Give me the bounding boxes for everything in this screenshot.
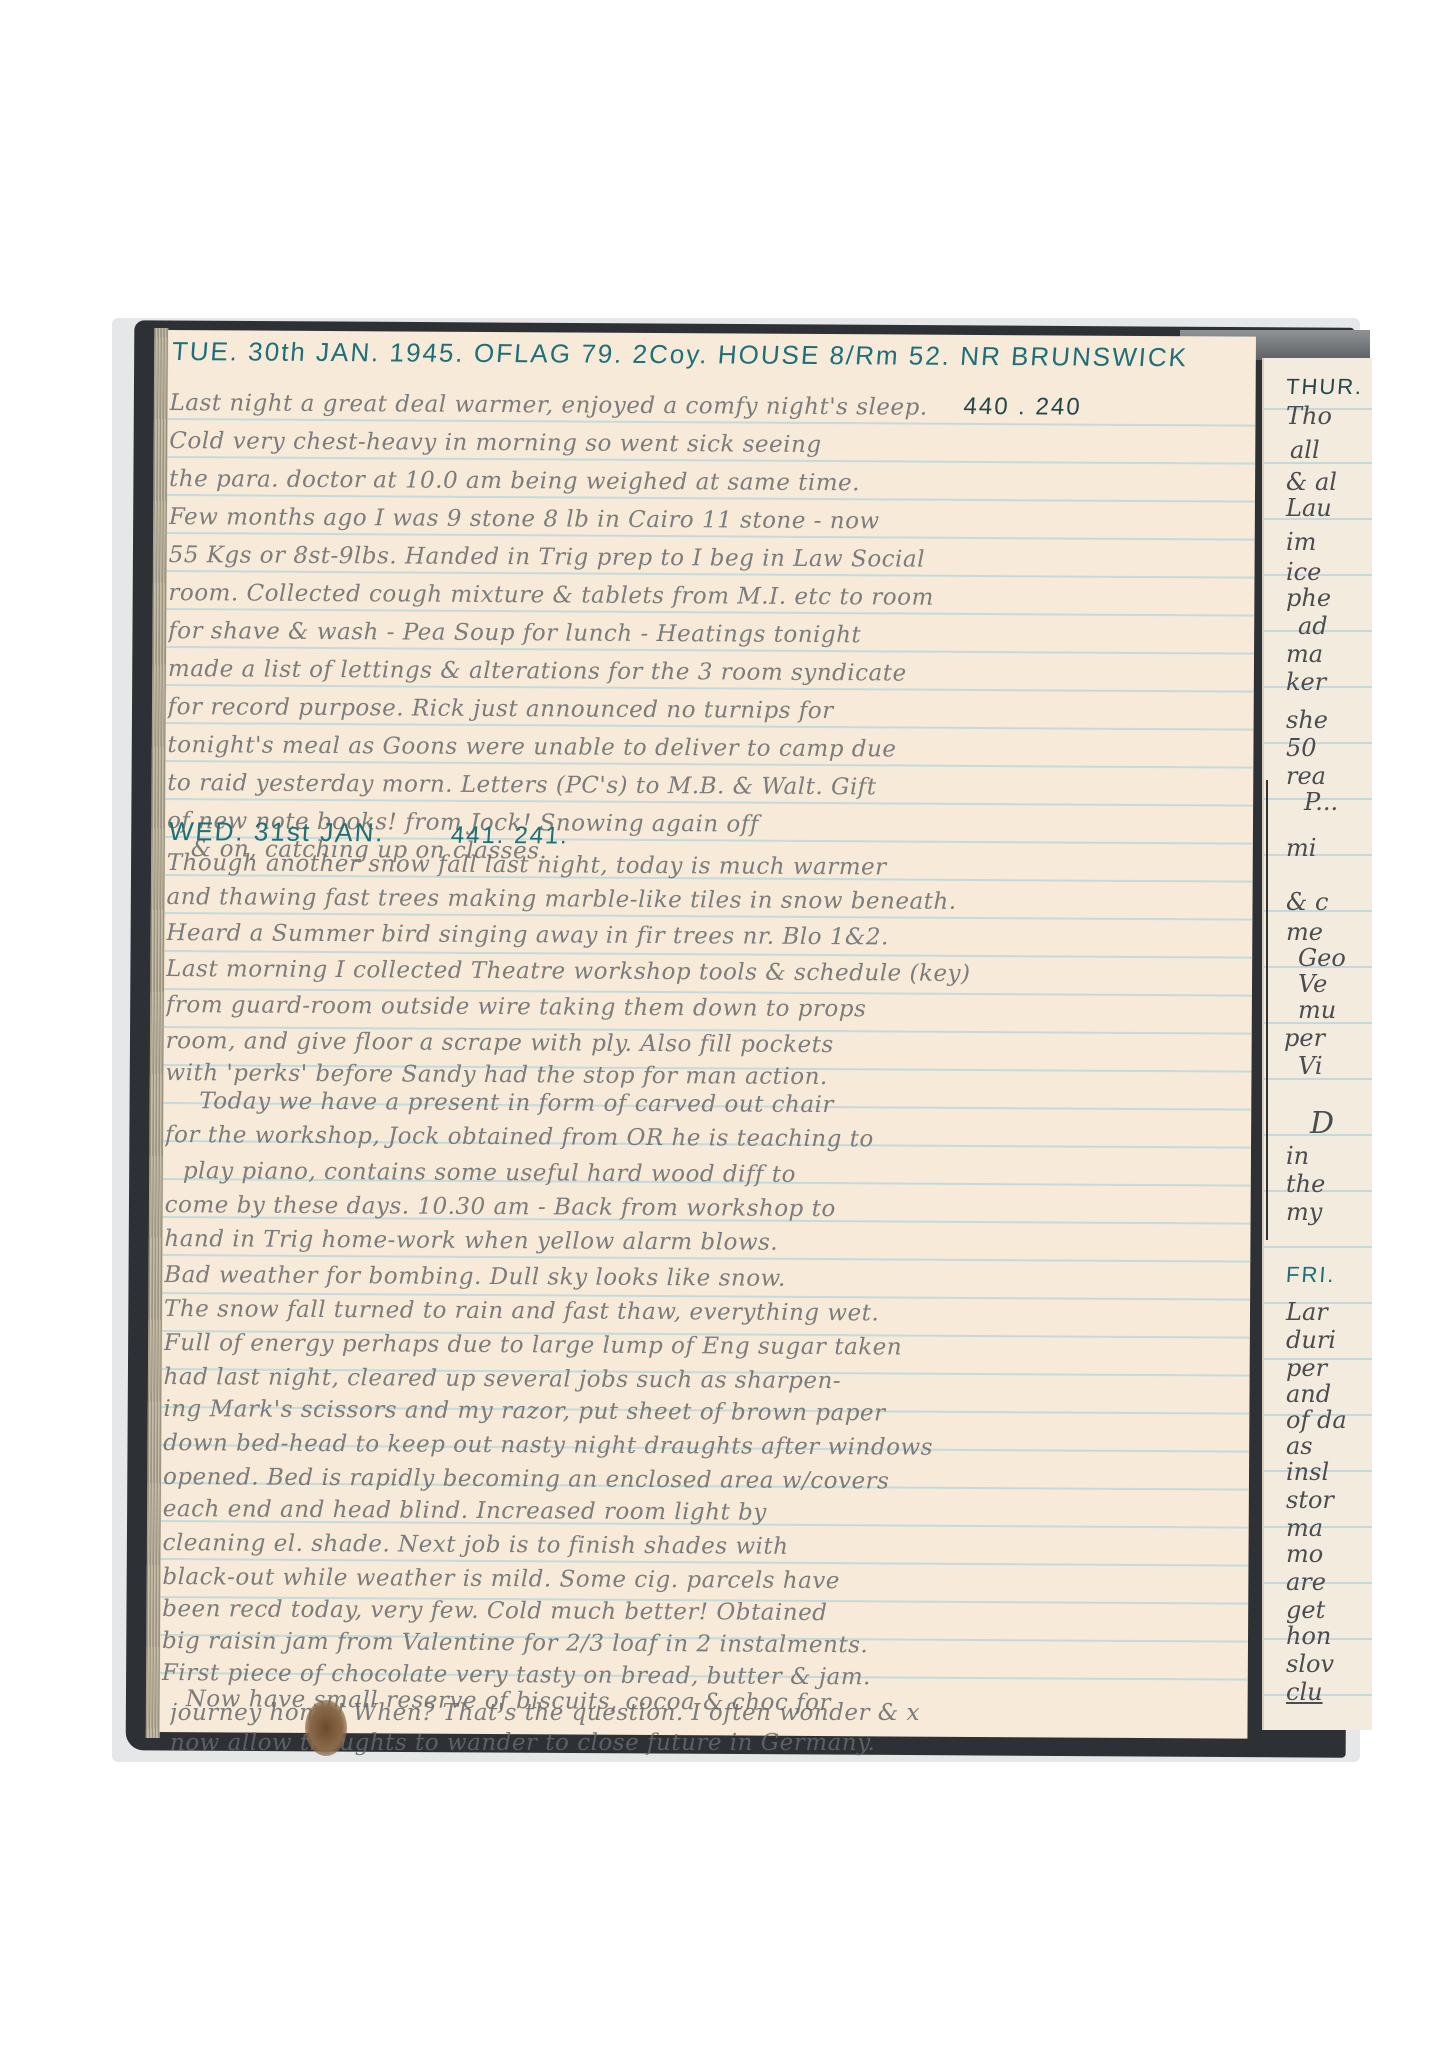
- diary-line: Last night a great deal warmer, enjoyed …: [169, 390, 935, 421]
- entry-heading-tue-30-jan: TUE. 30th JAN. 1945. OFLAG 79. 2Coy. HOU…: [171, 336, 1189, 373]
- fragment: of da: [1286, 1406, 1347, 1434]
- fragment: mi: [1286, 834, 1316, 862]
- diary-line: from guard-room outside wire taking them…: [166, 992, 1242, 1025]
- left-diary-page: TUE. 30th JAN. 1945. OFLAG 79. 2Coy. HOU…: [155, 330, 1256, 1739]
- fragment: duri: [1286, 1326, 1336, 1354]
- fragment: all: [1290, 436, 1320, 464]
- diary-line: to raid yesterday morn. Letters (PC's) t…: [167, 770, 1243, 803]
- diary-line: tonight's meal as Goons were unable to d…: [167, 732, 1243, 765]
- day-count: 440 . 240: [962, 393, 1082, 422]
- right-diary-page: THUR. Tho all & al Lau im ice phe ad ma …: [1262, 358, 1372, 1730]
- diary-line: come by these days. 10.30 am - Back from…: [165, 1192, 1241, 1225]
- diary-line: play piano, contains some useful hard wo…: [183, 1158, 1241, 1190]
- day-count: 441. 241.: [450, 822, 570, 851]
- fragment: Lar: [1286, 1298, 1328, 1326]
- diary-line: Full of energy perhaps due to large lump…: [164, 1330, 1240, 1363]
- diary-line: ing Mark's scissors and my razor, put sh…: [163, 1396, 1239, 1429]
- fragment: are: [1286, 1568, 1326, 1596]
- fragment: hon: [1286, 1622, 1331, 1650]
- fragment: 50: [1286, 734, 1317, 762]
- entry-heading-thur: THUR.: [1285, 374, 1364, 400]
- fragment: phe: [1286, 584, 1331, 612]
- fragment: she: [1286, 706, 1328, 734]
- diary-line: Last morning I collected Theatre worksho…: [166, 956, 1242, 989]
- diary-line: Bad weather for bombing. Dull sky looks …: [164, 1262, 1240, 1295]
- diary-line: had last night, cleared up several jobs …: [164, 1364, 1240, 1397]
- fragment: the: [1286, 1170, 1325, 1198]
- fragment: & c: [1286, 888, 1328, 916]
- margin-bracket-mark: [1266, 780, 1274, 1240]
- diary-line: been recd today, very few. Cold much bet…: [162, 1596, 1238, 1629]
- diary-line: with 'perks' before Sandy had the stop f…: [165, 1060, 1241, 1093]
- fragment: ma: [1286, 1514, 1323, 1542]
- diary-line: The snow fall turned to rain and fast th…: [164, 1296, 1240, 1329]
- fragment: clu: [1286, 1678, 1323, 1706]
- fragment: slov: [1286, 1650, 1334, 1678]
- diary-line: opened. Bed is rapidly becoming an enclo…: [163, 1464, 1239, 1497]
- fragment: Ve: [1298, 970, 1327, 998]
- fragment: P...: [1304, 788, 1338, 816]
- diary-line: cleaning el. shade. Next job is to finis…: [163, 1530, 1239, 1563]
- fragment: insl: [1286, 1458, 1329, 1486]
- fragment: ker: [1286, 668, 1326, 696]
- fragment: mu: [1298, 996, 1336, 1024]
- fragment: in: [1286, 1142, 1309, 1170]
- fragment: ice: [1286, 558, 1321, 586]
- fragment: as: [1286, 1432, 1313, 1460]
- diary-line: for the workshop, Jock obtained from OR …: [165, 1122, 1241, 1155]
- fragment: Tho: [1286, 402, 1332, 430]
- diary-line: each end and head blind. Increased room …: [163, 1496, 1239, 1529]
- fragment: and: [1286, 1380, 1331, 1408]
- fragment: D: [1310, 1106, 1334, 1141]
- diary-line: the para. doctor at 10.0 am being weighe…: [169, 466, 1245, 499]
- diary-line: made a list of lettings & alterations fo…: [168, 656, 1244, 689]
- fragment: per: [1286, 1354, 1327, 1382]
- diary-line: Though another snow fall last night, tod…: [167, 850, 1243, 883]
- fragment: mo: [1286, 1540, 1323, 1568]
- fragment: me: [1286, 918, 1323, 946]
- fragment: & al: [1286, 468, 1337, 496]
- diary-line: black-out while weather is mild. Some ci…: [162, 1564, 1238, 1597]
- diary-line: room. Collected cough mixture & tablets …: [168, 580, 1244, 613]
- fragment: Geo: [1298, 944, 1346, 972]
- diary-line: room, and give floor a scrape with ply. …: [166, 1028, 1242, 1061]
- diary-line: for shave & wash - Pea Soup for lunch - …: [168, 618, 1244, 651]
- fragment: im: [1286, 528, 1316, 556]
- diary-line: 55 Kgs or 8st-9lbs. Handed in Trig prep …: [169, 542, 1245, 575]
- fragment: get: [1286, 1596, 1325, 1624]
- diary-line: Today we have a present in form of carve…: [199, 1088, 1241, 1120]
- entry-heading-wed-31-jan: WED. 31st JAN.: [168, 816, 386, 848]
- diary-line: down bed-head to keep out nasty night dr…: [163, 1430, 1239, 1463]
- fragment: Lau: [1286, 494, 1332, 522]
- diary-line: hand in Trig home-work when yellow alarm…: [164, 1226, 1240, 1259]
- diary-line: and thawing fast trees making marble-lik…: [166, 884, 1242, 917]
- fragment: stor: [1286, 1486, 1334, 1514]
- diary-line: for record purpose. Rick just announced …: [168, 694, 1244, 727]
- fragment: per: [1284, 1024, 1325, 1052]
- fragment: Vi: [1298, 1052, 1323, 1080]
- fragment: ma: [1286, 640, 1323, 668]
- diary-line: Few months ago I was 9 stone 8 lb in Cai…: [169, 504, 1245, 537]
- diary-line: big raisin jam from Valentine for 2/3 lo…: [162, 1628, 1238, 1661]
- fragment: rea: [1286, 762, 1326, 790]
- ink-stain: [305, 1700, 347, 1756]
- entry-heading-fri: FRI.: [1285, 1262, 1336, 1288]
- diary-line: Heard a Summer bird singing away in fir …: [166, 920, 1242, 953]
- fragment: ad: [1298, 612, 1328, 640]
- diary-line: Cold very chest-heavy in morning so went…: [169, 428, 1245, 461]
- fragment: my: [1286, 1198, 1322, 1226]
